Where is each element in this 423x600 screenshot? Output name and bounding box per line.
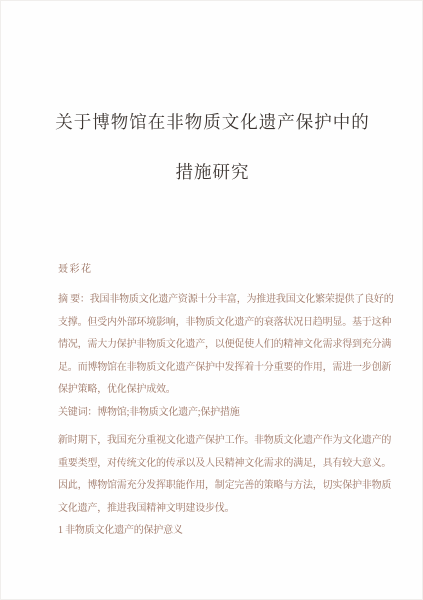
paper-title-line-2: 措施研究 [1, 147, 423, 197]
document-page: 关于博物馆在非物质文化遗产保护中的 措施研究 聂彩花 摘 要：我国非物质文化遗产… [0, 0, 423, 600]
keywords-text: 关键词：博物馆;非物质文化遗产;保护措施 [58, 402, 398, 425]
abstract-line: 摘 要：我国非物质文化遗产资源十分丰富，为推进我国文化繁荣提供了良好的 [58, 289, 398, 312]
abstract-line: 情况，需大力保护非物质文化遗产，以便促使人们的精神文化需求得到充分满 [58, 334, 398, 357]
intro-line: 重要类型，对传统文化的传承以及人民精神文化需求的满足，具有较大意义。 [58, 453, 398, 476]
abstract-line: 保护策略，优化保护成效。 [58, 379, 398, 402]
abstract-line: 支撑。但受内外部环境影响，非物质文化遗产的衰落状况日趋明显。基于这种 [58, 312, 398, 335]
author-name: 聂彩花 [58, 260, 93, 275]
abstract-paragraph: 摘 要：我国非物质文化遗产资源十分丰富，为推进我国文化繁荣提供了良好的 支撑。但… [58, 289, 398, 402]
section-1-heading: 1 非物质文化遗产的保护意义 [58, 520, 398, 543]
paper-title: 关于博物馆在非物质文化遗产保护中的 措施研究 [1, 97, 423, 197]
paper-title-line-1: 关于博物馆在非物质文化遗产保护中的 [1, 97, 423, 147]
keywords-line: 关键词：博物馆;非物质文化遗产;保护措施 [58, 402, 398, 425]
intro-line: 文化遗产，推进我国精神文明建设步伐。 [58, 498, 398, 521]
abstract-line: 足。而博物馆在非物质文化遗产保护中发挥着十分重要的作用，需进一步创新 [58, 357, 398, 380]
intro-line: 因此，博物馆需充分发挥职能作用，制定完善的策略与方法，切实保护非物质 [58, 475, 398, 498]
intro-line: 新时期下，我国充分重视文化遗产保护工作。非物质文化遗产作为文化遗产的 [58, 430, 398, 453]
intro-paragraph: 新时期下，我国充分重视文化遗产保护工作。非物质文化遗产作为文化遗产的 重要类型，… [58, 430, 398, 520]
section-1-heading-text: 1 非物质文化遗产的保护意义 [58, 520, 398, 543]
